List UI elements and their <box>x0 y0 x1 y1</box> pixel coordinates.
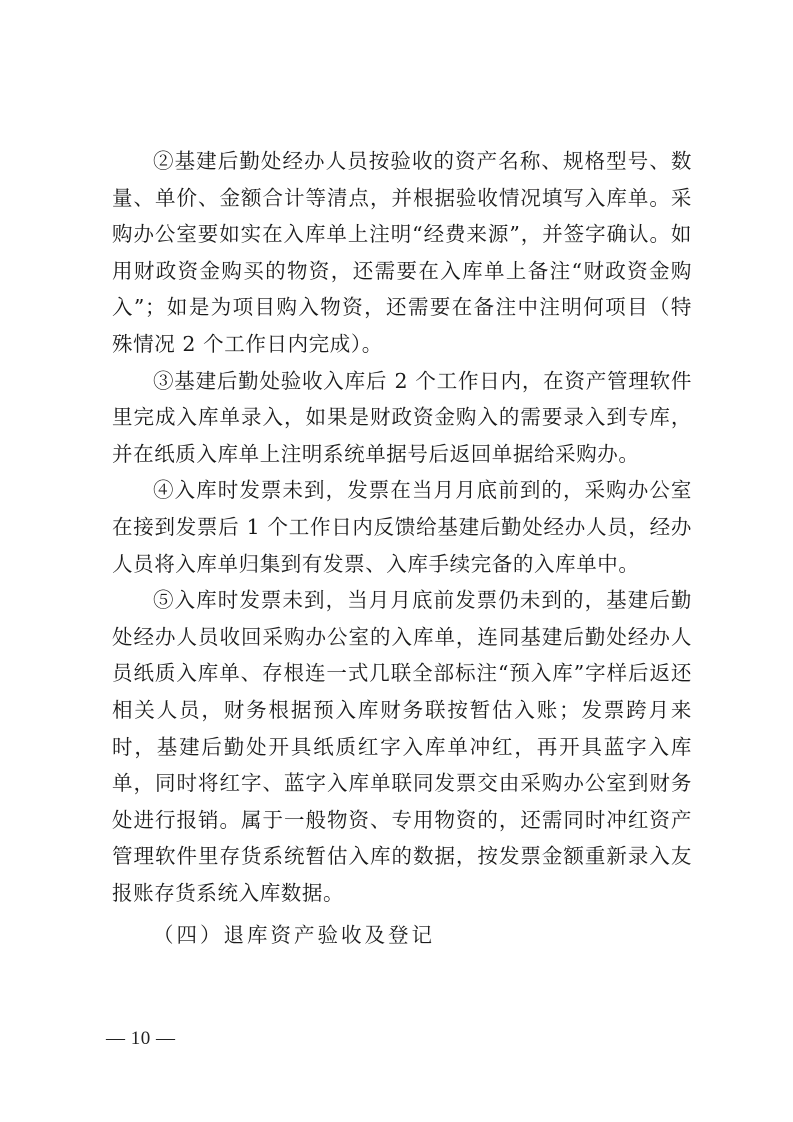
page-number: — 10 — <box>106 1028 176 1050</box>
document-body: ②基建后勤处经办人员按验收的资产名称、规格型号、数量、单价、金额合计等清点，并根… <box>112 143 692 954</box>
paragraph-step-3: ③基建后勤处验收入库后 2 个工作日内，在资产管理软件里完成入库单录入，如果是财… <box>112 363 692 473</box>
paragraph-step-2: ②基建后勤处经办人员按验收的资产名称、规格型号、数量、单价、金额合计等清点，并根… <box>112 143 692 363</box>
paragraph-step-4: ④入库时发票未到，发票在当月月底前到的，采购办公室在接到发票后 1 个工作日内反… <box>112 472 692 582</box>
section-heading: （四）退库资产验收及登记 <box>112 917 692 954</box>
paragraph-step-5: ⑤入库时发票未到，当月月底前发票仍未到的，基建后勤处经办人员收回采购办公室的入库… <box>112 582 692 911</box>
